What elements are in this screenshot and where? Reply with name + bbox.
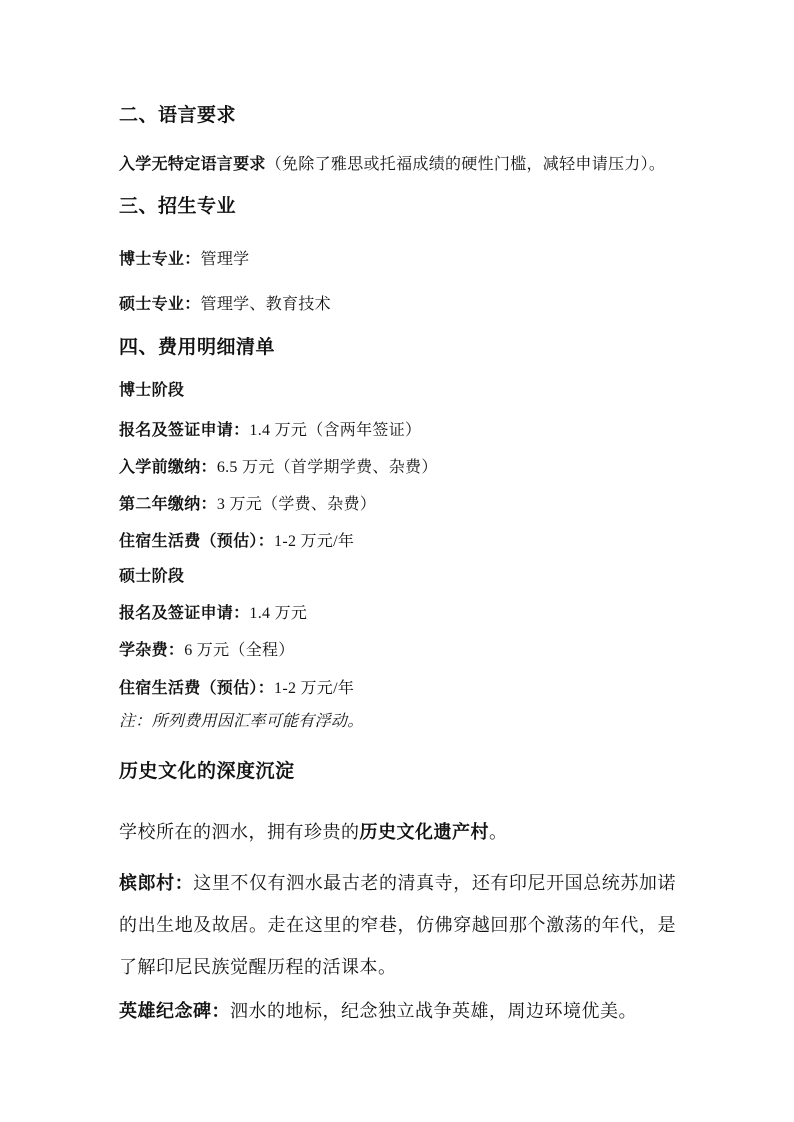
fee-item: 报名及签证申请：1.4 万元 (119, 603, 676, 624)
language-requirement-lead: 入学无特定语言要求 (119, 156, 266, 173)
masters-major-value: 管理学、教育技术 (201, 296, 331, 313)
spot-description: 泗水的地标，纪念独立战争英雄，周边环境优美。 (230, 1001, 637, 1021)
masters-stage-label: 硕士阶段 (119, 566, 676, 587)
fee-value: 1.4 万元（含两年签证） (249, 422, 421, 439)
fee-value: 3 万元（学费、杂费） (217, 496, 376, 513)
history-intro-post: 。 (489, 822, 508, 842)
fee-item: 报名及签证申请：1.4 万元（含两年签证） (119, 420, 676, 441)
fee-item: 住宿生活费（预估）：1-2 万元/年 (119, 531, 676, 552)
fee-value: 6 万元（全程） (184, 642, 294, 659)
spot-paragraph-binlang: 槟郎村：这里不仅有泗水最古老的清真寺，还有印尼开国总统苏加诺的出生地及故居。走在… (119, 862, 676, 988)
history-intro-paragraph: 学校所在的泗水，拥有珍贵的历史文化遗产村。 (119, 820, 676, 844)
fee-value: 6.5 万元（首学期学费、杂费） (217, 459, 438, 476)
fee-value: 1-2 万元/年 (274, 533, 354, 550)
masters-major-label: 硕士专业： (119, 296, 201, 313)
phd-major-label: 博士专业： (119, 251, 201, 268)
fee-label: 报名及签证申请： (119, 422, 249, 439)
fee-label: 住宿生活费（预估）： (119, 680, 274, 697)
phd-stage-label: 博士阶段 (119, 380, 676, 401)
section-heading-language: 二、语言要求 (119, 103, 676, 128)
spot-paragraph-heroes-monument: 英雄纪念碑：泗水的地标，纪念独立战争英雄，周边环境优美。 (119, 990, 676, 1032)
document-page: 二、语言要求 入学无特定语言要求（免除了雅思或托福成绩的硬性门槛，减轻申请压力）… (0, 0, 794, 1122)
fee-item: 学杂费：6 万元（全程） (119, 640, 676, 661)
fee-label: 学杂费： (119, 642, 184, 659)
fee-value: 1.4 万元 (249, 605, 307, 622)
fee-item: 入学前缴纳：6.5 万元（首学期学费、杂费） (119, 457, 676, 478)
history-intro-pre: 学校所在的泗水，拥有珍贵的 (119, 822, 360, 842)
fee-item: 第二年缴纳：3 万元（学费、杂费） (119, 494, 676, 515)
fee-value: 1-2 万元/年 (274, 680, 354, 697)
masters-major-item: 硕士专业：管理学、教育技术 (119, 294, 676, 315)
phd-major-item: 博士专业：管理学 (119, 249, 676, 270)
fees-exchange-rate-note: 注：所列费用因汇率可能有浮动。 (119, 711, 676, 732)
phd-major-value: 管理学 (201, 251, 250, 268)
language-requirement-detail: （免除了雅思或托福成绩的硬性门槛，减轻申请压力）。 (266, 156, 666, 173)
fee-label: 入学前缴纳： (119, 459, 217, 476)
fee-label: 第二年缴纳： (119, 496, 217, 513)
section-heading-fees: 四、费用明细清单 (119, 335, 676, 360)
history-section-heading: 历史文化的深度沉淀 (119, 759, 676, 784)
fee-label: 住宿生活费（预估）： (119, 533, 274, 550)
section-heading-majors: 三、招生专业 (119, 194, 676, 219)
fee-label: 报名及签证申请： (119, 605, 249, 622)
fee-item: 住宿生活费（预估）：1-2 万元/年 (119, 678, 676, 699)
spot-name: 槟郎村： (119, 873, 193, 893)
language-requirement-paragraph: 入学无特定语言要求（免除了雅思或托福成绩的硬性门槛，减轻申请压力）。 (119, 154, 676, 175)
spot-name: 英雄纪念碑： (119, 1001, 230, 1021)
history-intro-highlight: 历史文化遗产村 (360, 822, 490, 842)
spot-description: 这里不仅有泗水最古老的清真寺，还有印尼开国总统苏加诺的出生地及故居。走在这里的窄… (119, 873, 676, 977)
